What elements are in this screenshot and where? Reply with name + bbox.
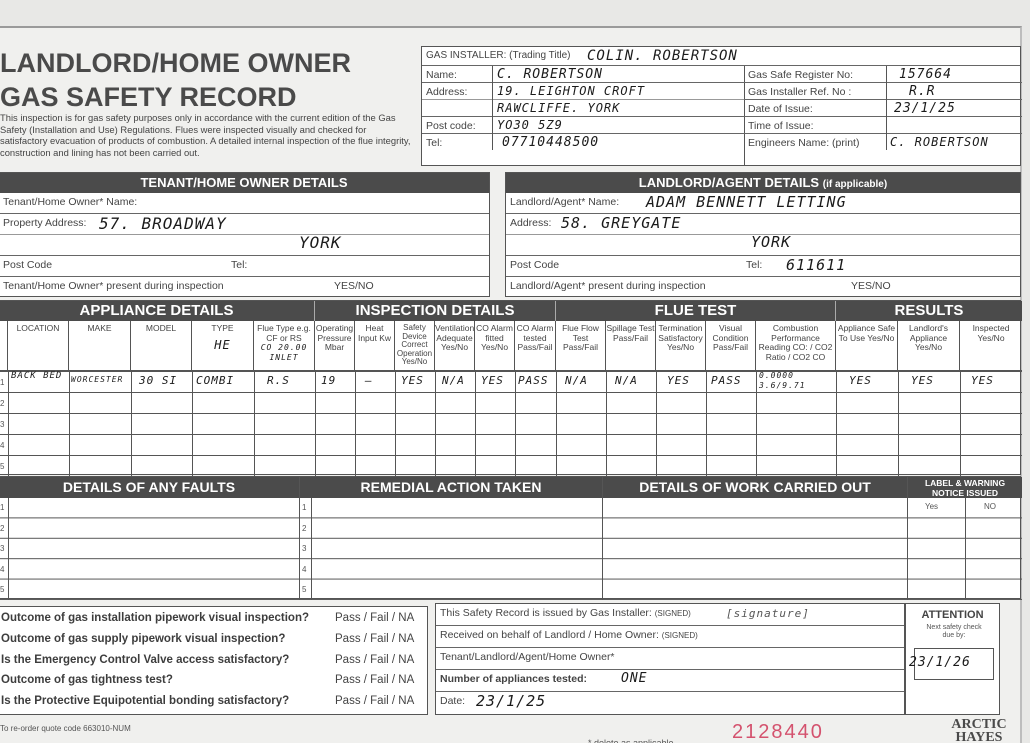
date-label: Date: xyxy=(440,695,465,707)
cell-flue-type[interactable]: R.S xyxy=(267,374,290,387)
next-check-field[interactable]: 23/1/26 xyxy=(914,648,994,680)
answer-pipework-visual[interactable]: Pass / Fail / NA xyxy=(335,612,414,624)
installer-name-value[interactable]: C. ROBERTSON xyxy=(497,67,603,82)
signoff-box: This Safety Record is issued by Gas Inst… xyxy=(435,603,905,715)
remedial-row-number: 4 xyxy=(302,565,306,574)
fault-row-number: 4 xyxy=(0,565,4,574)
flue-note: CO 20.00 INLET xyxy=(261,343,308,362)
landlord-name-value[interactable]: ADAM BENNETT LETTING xyxy=(646,193,847,211)
postcode-label: Post code: xyxy=(426,120,476,132)
ref-value[interactable]: R.R xyxy=(909,84,935,99)
installer-right: Gas Safe Register No:157664 Gas Installe… xyxy=(744,66,1022,166)
form-title: LANDLORD/HOME OWNER GAS SAFETY RECORD xyxy=(0,46,351,114)
brand-line-2: HAYES xyxy=(944,731,1014,743)
signed-tag: (SIGNED) xyxy=(655,609,691,618)
landlord-name-label: Landlord/Agent* Name: xyxy=(510,196,619,208)
register-value[interactable]: 157664 xyxy=(899,67,952,82)
fault-row-number: 2 xyxy=(0,524,4,533)
answer-bonding[interactable]: Pass / Fail / NA xyxy=(335,695,414,707)
remedial-header: REMEDIAL ACTION TAKEN xyxy=(300,477,602,498)
col-type: TYPEHE xyxy=(192,321,254,371)
attention-title: ATTENTION xyxy=(906,609,999,621)
col-co-alarm-fitted: CO Alarm fitted Yes/No xyxy=(475,321,515,371)
tenant-box: TENANT/HOME OWNER DETAILS Tenant/Home Ow… xyxy=(0,172,490,297)
col-flue-flow: Flue Flow Test Pass/Fail xyxy=(556,321,606,371)
engineer-label: Engineers Name: (print) xyxy=(748,137,859,149)
cell-spillage[interactable]: N/A xyxy=(615,374,638,387)
landlord-present-label: Landlord/Agent* present during inspectio… xyxy=(510,280,706,292)
question-pipework-visual: Outcome of gas installation pipework vis… xyxy=(1,612,309,624)
appliances-tested-label: Number of appliances tested: xyxy=(440,673,587,685)
question-supply-pipework: Outcome of gas supply pipework visual in… xyxy=(1,633,285,645)
trading-title-label: GAS INSTALLER: (Trading Title) xyxy=(426,50,571,61)
address-label: Address: xyxy=(426,86,467,98)
landlord-postcode-label: Post Code xyxy=(510,259,559,271)
col-landlords-appliance: Landlord's Appliance Yes/No xyxy=(898,321,960,371)
cell-safety-device[interactable]: YES xyxy=(401,374,424,387)
row-number: 5 xyxy=(0,462,4,471)
col-ventilation: Ventilation Adequate Yes/No xyxy=(435,321,475,371)
appliance-row-1: BACK BED WORCESTER 30 SI COMBI R.S 19 — … xyxy=(0,371,1022,392)
remedial-row-number: 1 xyxy=(302,503,306,512)
label-notice-yes[interactable]: Yes xyxy=(925,502,938,511)
cell-ventilation[interactable]: N/A xyxy=(442,374,465,387)
appliance-details-header: APPLIANCE DETAILS xyxy=(0,301,315,321)
col-model: MODEL xyxy=(131,321,192,371)
register-label: Gas Safe Register No: xyxy=(748,69,853,81)
results-header: RESULTS xyxy=(836,301,1022,321)
faults-header: DETAILS OF ANY FAULTS xyxy=(0,477,299,498)
landlord-header: LANDLORD/AGENT DETAILS (if applicable) xyxy=(506,173,1020,193)
fault-row-number: 5 xyxy=(0,585,4,594)
work-header: DETAILS OF WORK CARRIED OUT xyxy=(603,477,907,498)
name-label: Name: xyxy=(426,69,457,81)
title-line-2: GAS SAFETY RECORD xyxy=(0,80,351,114)
cell-co-alarm-tested[interactable]: PASS xyxy=(518,374,549,387)
answer-ecv-access[interactable]: Pass / Fail / NA xyxy=(335,654,414,666)
date-issue-value[interactable]: 23/1/25 xyxy=(894,101,956,116)
ref-label: Gas Installer Ref. No : xyxy=(748,86,851,98)
signed-tag: (SIGNED) xyxy=(662,631,698,640)
answer-tightness-test[interactable]: Pass / Fail / NA xyxy=(335,674,414,686)
attention-subtitle: Next safety check due by: xyxy=(924,624,984,640)
col-termination: Termination Satisfactory Yes/No xyxy=(656,321,706,371)
tel-label: Tel: xyxy=(426,137,442,149)
installer-postcode-value[interactable]: YO30 5Z9 xyxy=(497,118,563,132)
remedial-row-number: 5 xyxy=(302,585,306,594)
row-number: 2 xyxy=(0,399,4,408)
col-safe-to-use: Appliance Safe To Use Yes/No xyxy=(836,321,898,371)
trading-title-row: GAS INSTALLER: (Trading Title) COLIN. RO… xyxy=(422,47,1020,66)
appliance-table: APPLIANCE DETAILS INSPECTION DETAILS FLU… xyxy=(0,300,1021,475)
col-flue-type: Flue Type e.g. CF or RSCO 20.00 INLET xyxy=(254,321,315,371)
col-location: LOCATION xyxy=(8,321,69,371)
installer-box: GAS INSTALLER: (Trading Title) COLIN. RO… xyxy=(421,46,1021,166)
installer-signature[interactable]: [signature] xyxy=(726,607,810,620)
cell-type[interactable]: COMBI xyxy=(196,374,234,387)
cell-make[interactable]: WORCESTER xyxy=(71,375,123,384)
cell-termination[interactable]: YES xyxy=(667,374,690,387)
next-check-value[interactable]: 23/1/26 xyxy=(909,655,971,670)
fault-row-number: 1 xyxy=(0,503,4,512)
trading-title-value[interactable]: COLIN. ROBERTSON xyxy=(587,48,738,64)
tenant-present-value[interactable]: YES/NO xyxy=(334,280,374,292)
intro-text: This inspection is for gas safety purpos… xyxy=(0,112,412,158)
cell-safe-to-use[interactable]: YES xyxy=(849,374,872,387)
fault-row-number: 3 xyxy=(0,544,4,553)
type-note: HE xyxy=(214,338,230,352)
cell-location[interactable]: BACK BED xyxy=(11,371,67,381)
brand-logo: ARCTIC HAYES xyxy=(944,718,1014,743)
label-notice-no[interactable]: NO xyxy=(984,502,996,511)
property-address-line2[interactable]: YORK xyxy=(299,233,342,252)
issued-label-text: This Safety Record is issued by Gas Inst… xyxy=(440,607,652,619)
delete-note: * delete as applicable xyxy=(588,738,674,743)
cell-inspected[interactable]: YES xyxy=(971,374,994,387)
question-bonding: Is the Protective Equipotential bonding … xyxy=(1,695,289,707)
flue-test-header: FLUE TEST xyxy=(556,301,836,321)
row-number: 3 xyxy=(0,420,4,429)
col-type-label: TYPE xyxy=(211,323,233,333)
col-operating-pressure: Operating Pressure Mbar xyxy=(315,321,355,371)
landlord-box: LANDLORD/AGENT DETAILS (if applicable) L… xyxy=(505,172,1021,297)
answer-supply-pipework[interactable]: Pass / Fail / NA xyxy=(335,633,414,645)
cell-flue-flow[interactable]: N/A xyxy=(565,374,588,387)
tenant-postcode-label: Post Code xyxy=(3,259,52,271)
question-ecv-access: Is the Emergency Control Valve access sa… xyxy=(1,654,289,666)
received-label: Received on behalf of Landlord / Home Ow… xyxy=(440,629,698,641)
landlord-tel-label: Tel: xyxy=(746,259,762,271)
installer-address-line2[interactable]: RAWCLIFFE. YORK xyxy=(497,101,620,115)
remedial-row-number: 3 xyxy=(302,544,306,553)
landlord-header-suffix: (if applicable) xyxy=(823,179,887,190)
serial-number: 2128440 xyxy=(732,721,824,743)
property-address-label: Property Address: xyxy=(3,217,86,229)
landlord-header-text: LANDLORD/AGENT DETAILS xyxy=(639,175,819,190)
label-notice-header: LABEL & WARNING NOTICE ISSUED xyxy=(908,477,1022,498)
installer-address-line1[interactable]: 19. LEIGHTON CROFT xyxy=(497,84,645,98)
landlord-address-line2[interactable]: YORK xyxy=(751,233,791,251)
cell-landlords-appliance[interactable]: YES xyxy=(911,374,934,387)
reorder-code: To re-order quote code 663010-NUM xyxy=(0,724,131,733)
landlord-tel-value[interactable]: 611611 xyxy=(786,256,846,274)
title-line-1: LANDLORD/HOME OWNER xyxy=(0,46,351,80)
issued-label: This Safety Record is issued by Gas Inst… xyxy=(440,607,691,619)
landlord-address-label: Address: xyxy=(510,217,551,229)
col-co-alarm-tested: CO Alarm tested Pass/Fail xyxy=(515,321,556,371)
date-issue-label: Date of Issue: xyxy=(748,103,813,115)
received-label-text: Received on behalf of Landlord / Home Ow… xyxy=(440,629,659,641)
col-make: MAKE xyxy=(69,321,131,371)
tenant-header: TENANT/HOME OWNER DETAILS xyxy=(0,173,489,193)
cell-model[interactable]: 30 SI xyxy=(139,374,177,387)
attention-box: ATTENTION Next safety check due by: 23/1… xyxy=(905,603,1000,715)
remedial-row-number: 2 xyxy=(302,524,306,533)
appliances-tested-value[interactable]: ONE xyxy=(621,671,647,686)
cell-operating-pressure[interactable]: 19 xyxy=(321,374,336,387)
col-heat-input: Heat Input Kw xyxy=(355,321,395,371)
col-flue-type-label: Flue Type e.g. CF or RS xyxy=(257,323,311,343)
inspection-questions-box: Outcome of gas installation pipework vis… xyxy=(0,606,428,715)
tenant-present-label: Tenant/Home Owner* present during inspec… xyxy=(3,280,224,292)
engineer-value[interactable]: C. ROBERTSON xyxy=(890,135,989,149)
section-row-lines xyxy=(0,498,1022,600)
col-safety-device: Safety Device Correct Operation Yes/No xyxy=(395,321,435,371)
landlord-address-line1[interactable]: 58. GREYGATE xyxy=(561,214,681,232)
time-issue-label: Time of Issue: xyxy=(748,120,814,132)
row-number: 4 xyxy=(0,441,4,450)
date-value[interactable]: 23/1/25 xyxy=(476,692,546,710)
installer-tel-value[interactable]: 07710448500 xyxy=(502,135,599,150)
cell-visual-condition[interactable]: PASS xyxy=(711,374,742,387)
cell-heat-input[interactable]: — xyxy=(365,374,373,387)
faults-remedial-work-table: DETAILS OF ANY FAULTS REMEDIAL ACTION TA… xyxy=(0,476,1021,599)
installer-left: Name:C. ROBERTSON Address:19. LEIGHTON C… xyxy=(422,66,745,166)
cell-combustion[interactable]: 0.0000 3.6/9.71 xyxy=(759,371,834,391)
role-label: Tenant/Landlord/Agent/Home Owner* xyxy=(440,651,615,663)
col-combustion: Combustion Performance Reading CO: / CO2… xyxy=(756,321,836,371)
tenant-name-label: Tenant/Home Owner* Name: xyxy=(3,196,137,208)
question-tightness-test: Outcome of gas tightness test? xyxy=(1,674,173,686)
inspection-details-header: INSPECTION DETAILS xyxy=(315,301,556,321)
property-address-line1[interactable]: 57. BROADWAY xyxy=(99,214,227,233)
col-visual-condition: Visual Condition Pass/Fail xyxy=(706,321,756,371)
cell-co-alarm-fitted[interactable]: YES xyxy=(481,374,504,387)
col-spillage: Spillage Test Pass/Fail xyxy=(606,321,656,371)
appliance-grid-columns: 1 2 3 4 5 BACK BED WORCESTER 30 SI COMBI… xyxy=(0,371,1022,476)
col-inspected: Inspected Yes/No xyxy=(960,321,1022,371)
tenant-tel-label: Tel: xyxy=(231,259,247,271)
landlord-present-value[interactable]: YES/NO xyxy=(851,280,891,292)
